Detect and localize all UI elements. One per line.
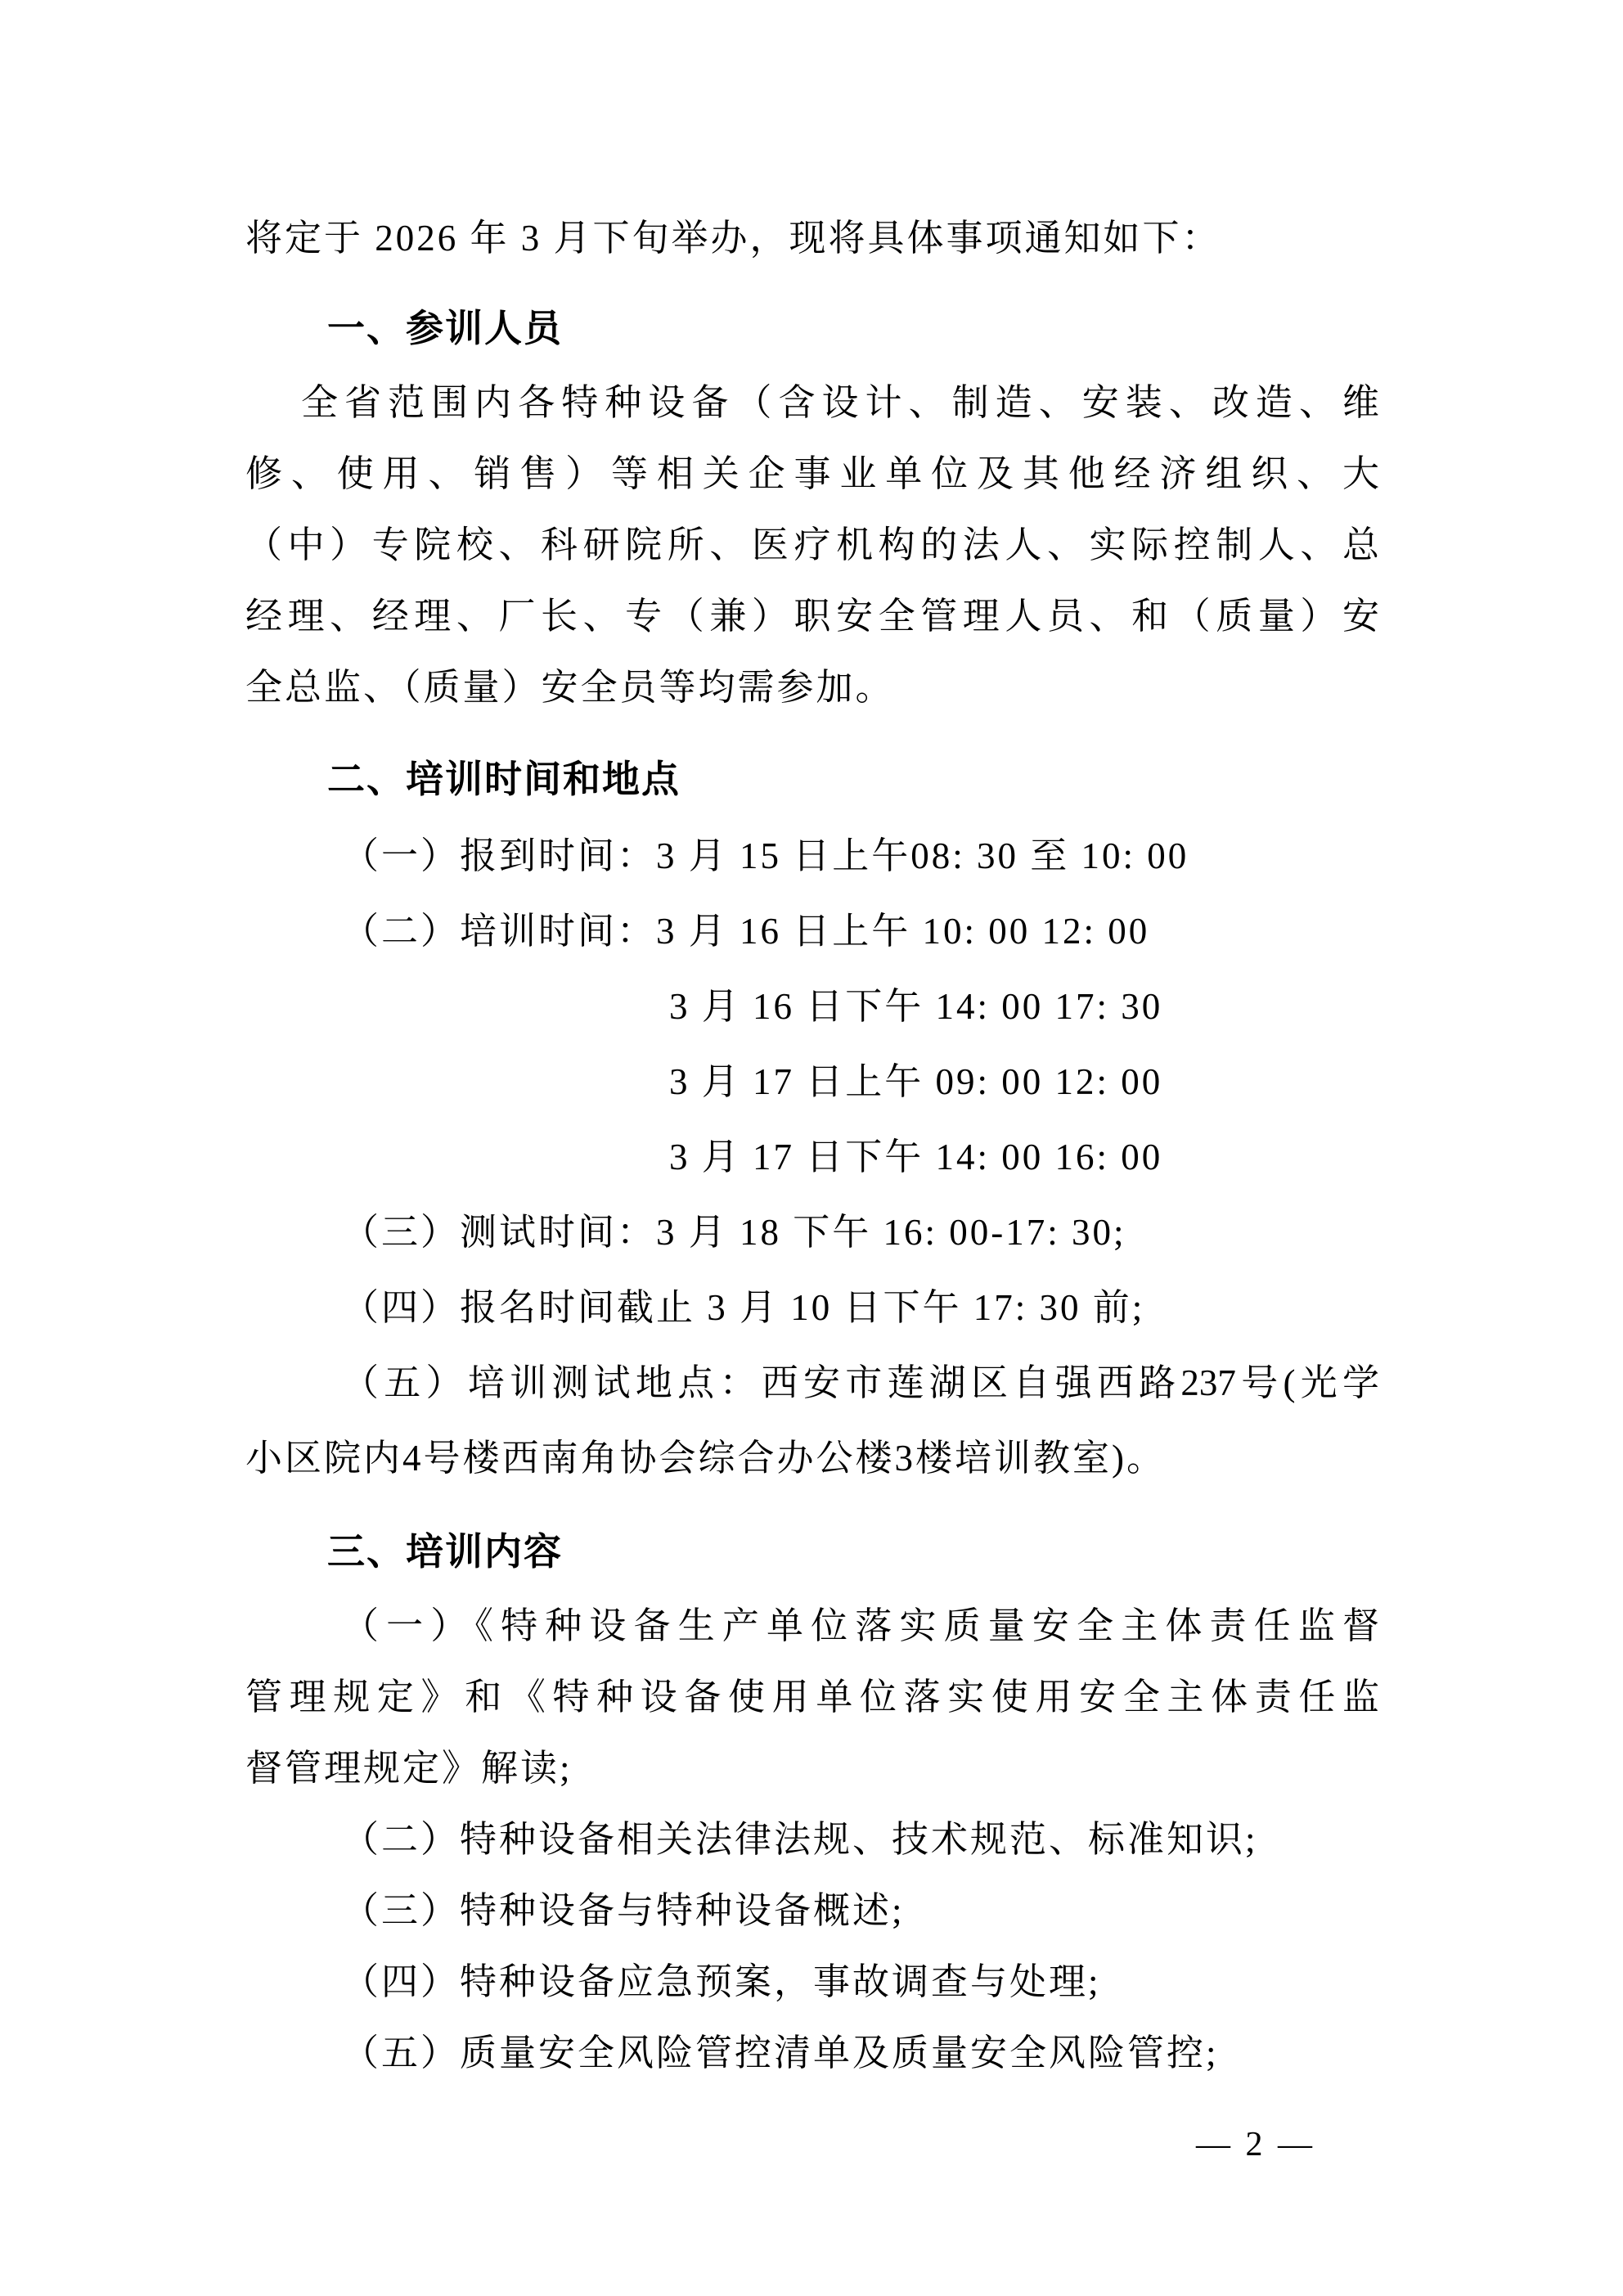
section-heading-participants: 一、参训人员 [327, 292, 1379, 364]
schedule-time-line: 3 月 16 日下午 14: 00 17: 30 [245, 969, 1379, 1044]
schedule-line-location-cont: 小区院内4号楼西南角协会综合办公楼3楼培训教室)。 [245, 1420, 1379, 1496]
section-schedule: （一）报到时间：3 月 15 日上午08: 30 至 10: 00 （二）培训时… [245, 818, 1379, 1496]
paragraph-line: 修、使用、销售）等相关企事业单位及其他经济组织、大 [245, 439, 1379, 510]
content-item-line: 管理规定》和《特种设备使用单位落实使用安全主体责任监 [245, 1662, 1379, 1733]
schedule-line-test-time: （三）测试时间：3 月 18 下午 16: 00-17: 30; [245, 1195, 1379, 1270]
section-heading-schedule: 二、培训时间和地点 [327, 743, 1379, 815]
content-item-line: （三）特种设备与特种设备概述; [245, 1875, 1379, 1947]
paragraph-line: 经理、经理、厂长、专（兼）职安全管理人员、和（质量）安 [245, 581, 1379, 652]
schedule-line-location: （五）培训测试地点：西安市莲湖区自强西路237号(光学 [245, 1345, 1379, 1420]
intro-line: 将定于 2026 年 3 月下旬举办，现将具体事项通知如下： [245, 203, 1379, 274]
document-page: 将定于 2026 年 3 月下旬举办，现将具体事项通知如下： 一、参训人员 全省… [0, 0, 1623, 2296]
content-item-line: （四）特种设备应急预案，事故调查与处理; [245, 1947, 1379, 2018]
content-item-line: （一）《特种设备生产单位落实质量安全主体责任监督 [245, 1591, 1379, 1662]
schedule-line-deadline: （四）报名时间截止 3 月 10 日下午 17: 30 前; [245, 1270, 1379, 1345]
content-item-line: （五）质量安全风险管控清单及质量安全风险管控; [245, 2018, 1379, 2089]
schedule-time-line: 3 月 17 日下午 14: 00 16: 00 [245, 1119, 1379, 1195]
paragraph-line: 全省范围内各特种设备（含设计、制造、安装、改造、维 [245, 367, 1379, 439]
page-number: — 2 — [1196, 2124, 1315, 2165]
content-item-line: 督管理规定》解读; [245, 1733, 1379, 1804]
section-content: （一）《特种设备生产单位落实质量安全主体责任监督 管理规定》和《特种设备使用单位… [245, 1591, 1379, 2089]
paragraph-line: （中）专院校、科研院所、医疗机构的法人、实际控制人、总 [245, 510, 1379, 581]
paragraph-line: 全总监、（质量）安全员等均需参加。 [245, 652, 1379, 723]
section-participants: 全省范围内各特种设备（含设计、制造、安装、改造、维 修、使用、销售）等相关企事业… [245, 367, 1379, 723]
schedule-line-training-time: （二）培训时间：3 月 16 日上午 10: 00 12: 00 [245, 894, 1379, 969]
content-item-line: （二）特种设备相关法律法规、技术规范、标准知识; [245, 1804, 1379, 1875]
schedule-time-line: 3 月 17 日上午 09: 00 12: 00 [245, 1044, 1379, 1119]
schedule-line-registration: （一）报到时间：3 月 15 日上午08: 30 至 10: 00 [245, 818, 1379, 894]
document-body: 将定于 2026 年 3 月下旬举办，现将具体事项通知如下： 一、参训人员 全省… [245, 203, 1379, 2089]
section-heading-content: 三、培训内容 [327, 1515, 1379, 1587]
